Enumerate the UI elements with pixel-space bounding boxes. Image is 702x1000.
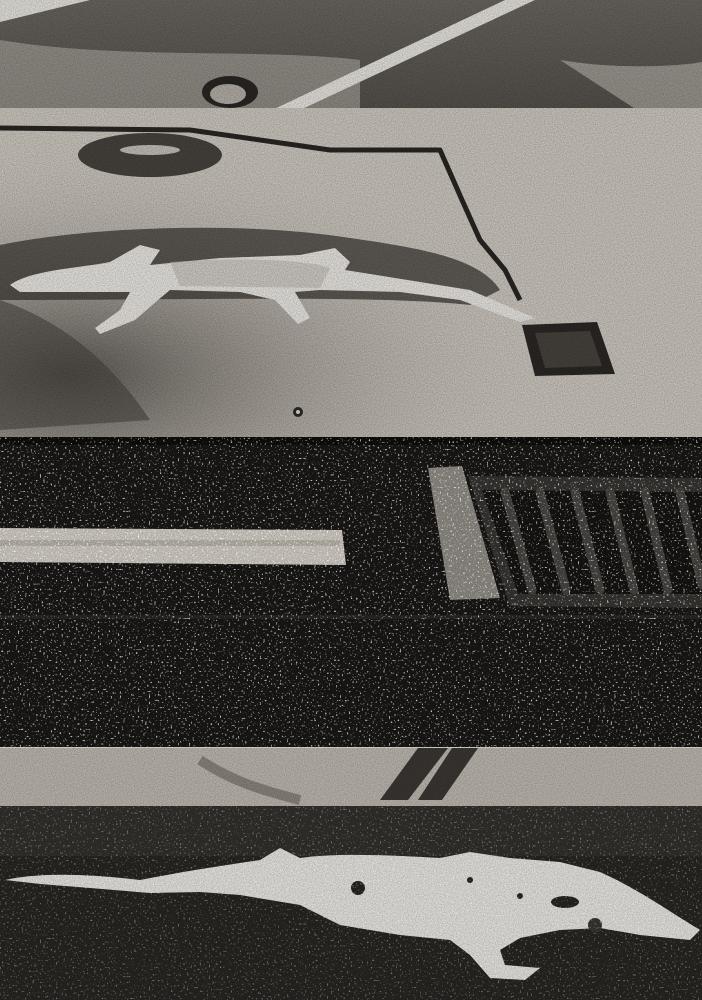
- street-photo: [0, 0, 702, 1000]
